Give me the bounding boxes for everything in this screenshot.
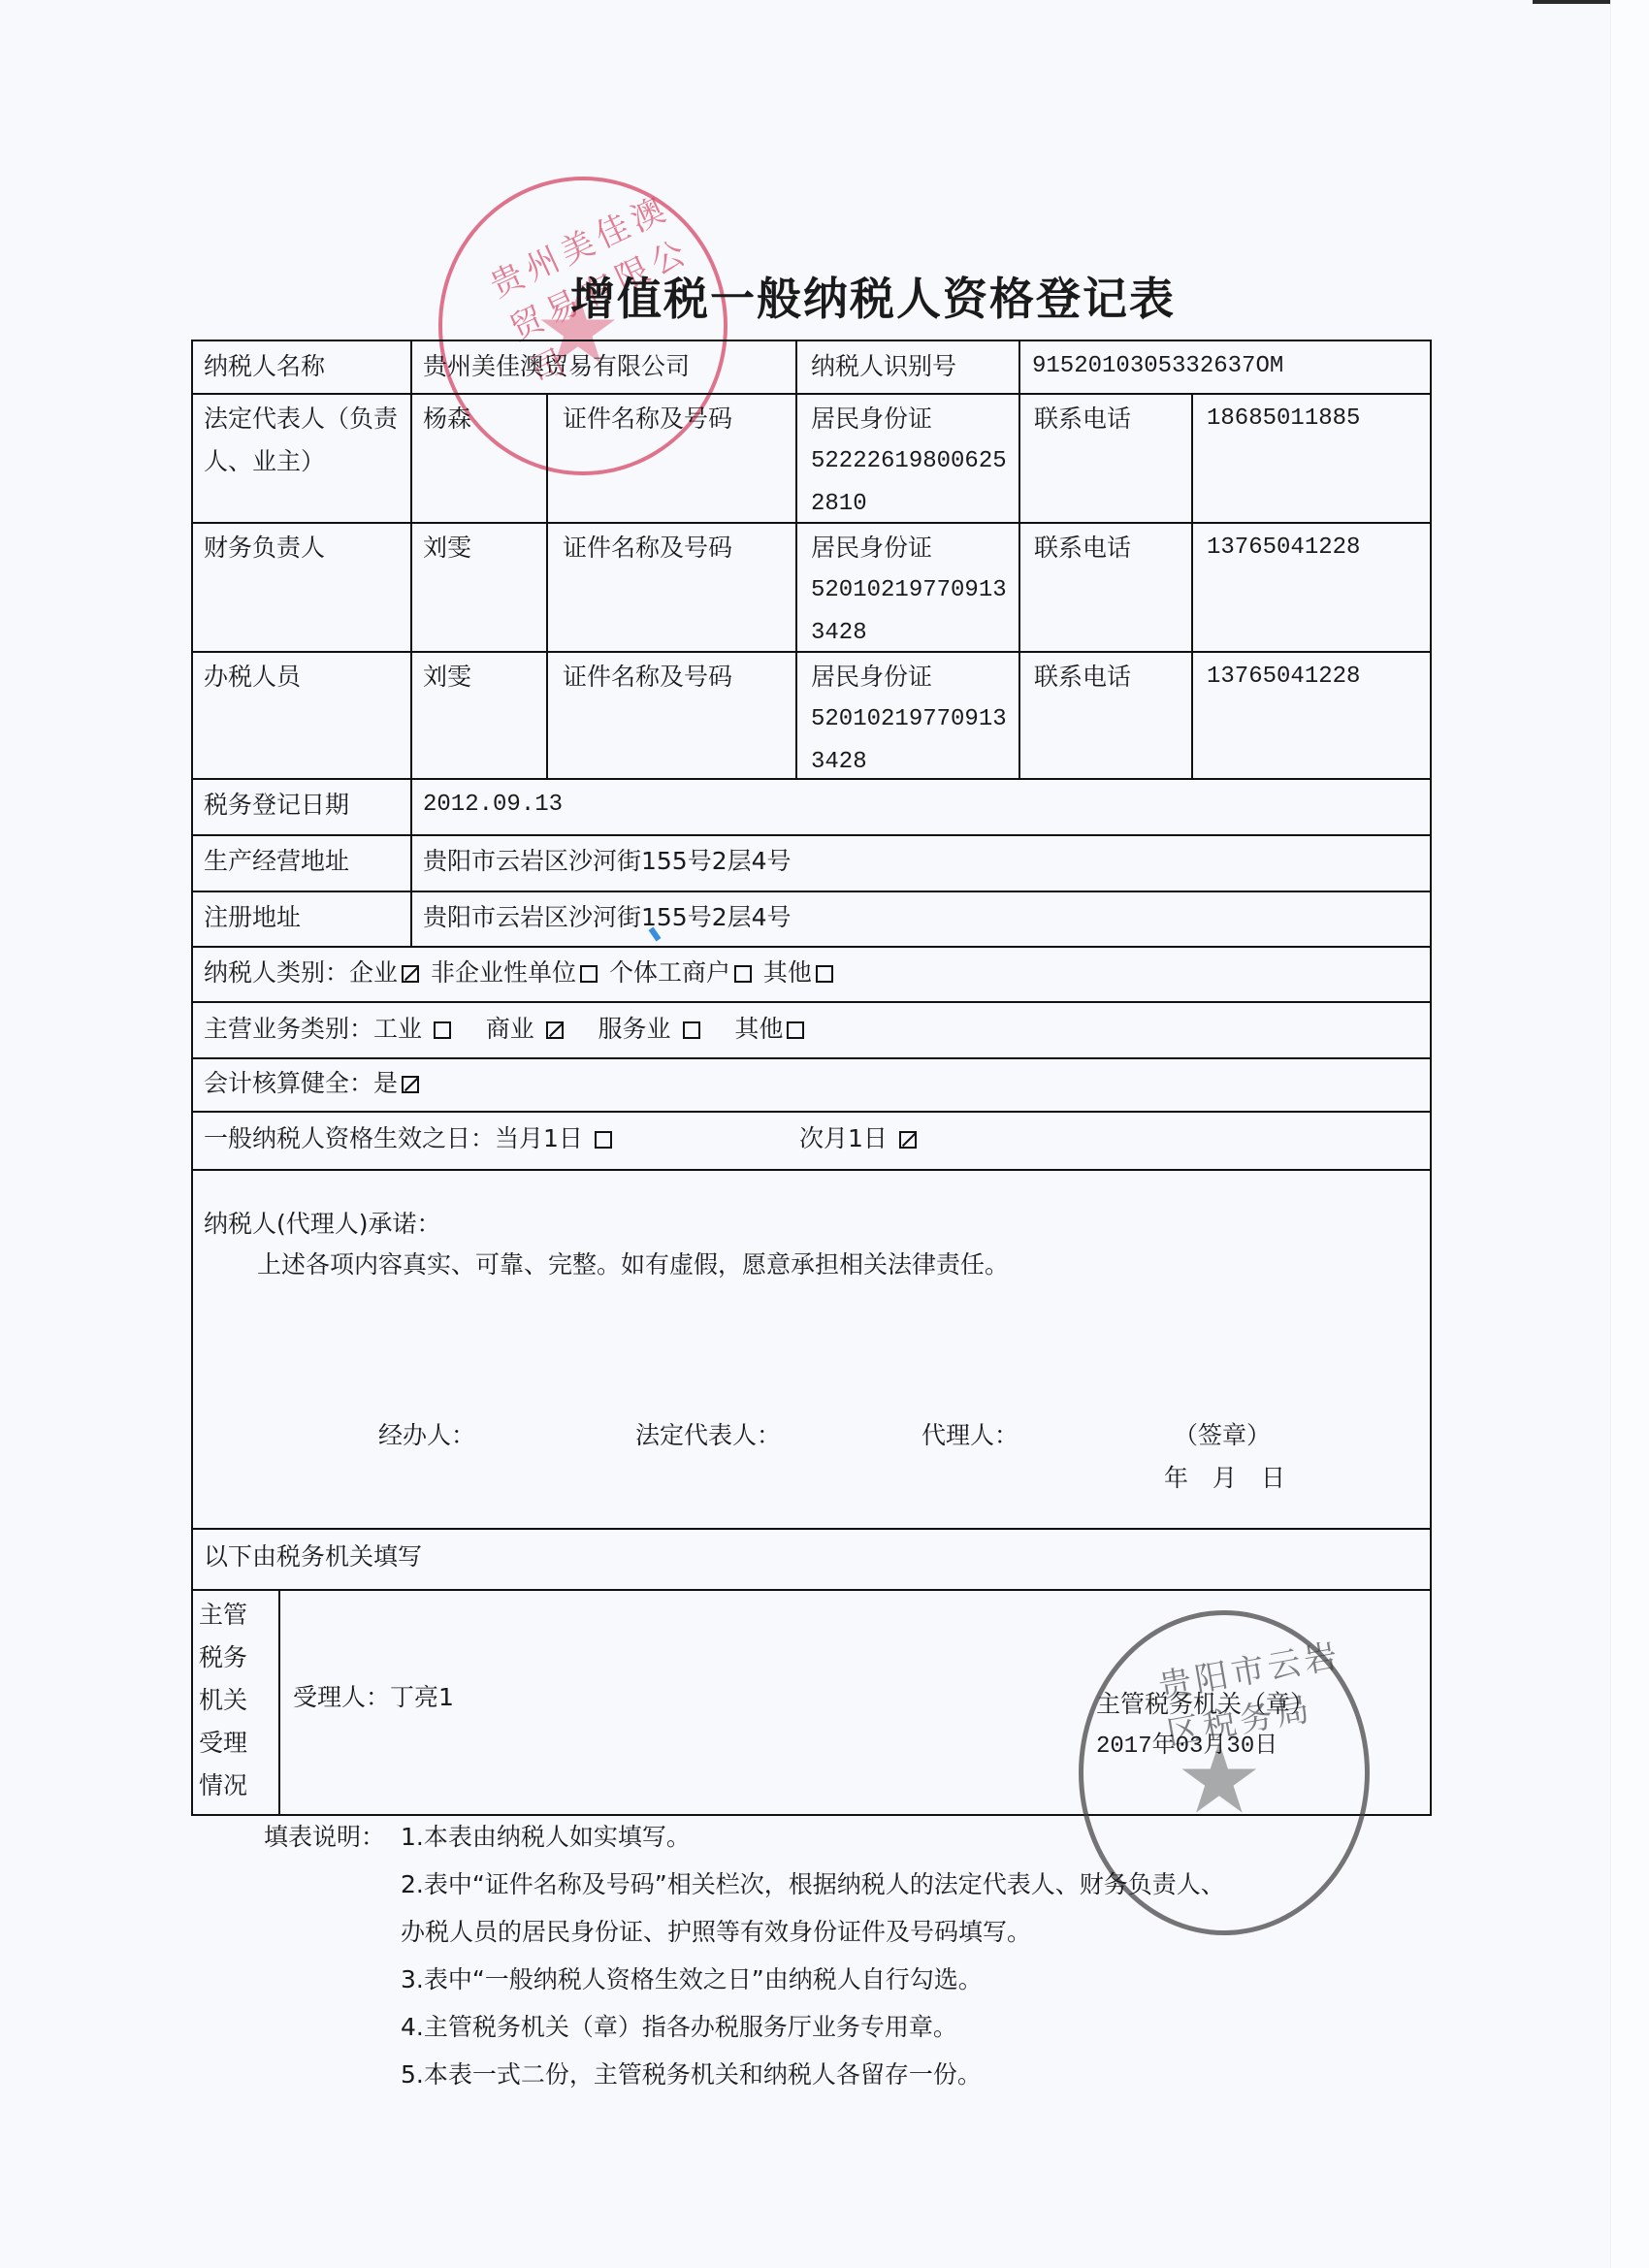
finance-head-phone: 13765041228 (1207, 527, 1360, 569)
col-divider (1018, 340, 1020, 778)
checkbox-checked-icon[interactable] (899, 1131, 917, 1149)
tax-officer-id-number-cont: 3428 (811, 741, 867, 784)
taxpayer-id-value: 9152010305332637OM (1032, 345, 1283, 388)
legal-rep-id-type: 居民身份证 (811, 398, 932, 440)
finance-head-phone-label: 联系电话 (1034, 527, 1131, 569)
checkbox-checked-icon[interactable] (402, 1076, 419, 1093)
effective-date-row: 一般纳税人资格生效之日：当月1日 (204, 1118, 616, 1160)
instruction-item: 4.主管税务机关（章）指各办税服务厅业务专用章。 (401, 2006, 957, 2049)
sign-date-placeholder: 年 月 日 (1164, 1457, 1285, 1500)
instruction-item: 2.表中“证件名称及号码”相关栏次，根据纳税人的法定代表人、财务负责人、 (401, 1863, 1225, 1906)
checkbox-icon[interactable] (683, 1021, 700, 1039)
row-divider (191, 1001, 1432, 1003)
tax-officer-name: 刘雯 (423, 656, 471, 698)
col-divider (795, 340, 797, 778)
row-divider (191, 1169, 1432, 1171)
option-current-month[interactable]: 当月1日 (495, 1124, 616, 1152)
taxpayer-category-label: 纳税人类别： (204, 958, 349, 987)
tax-officer-id-type: 居民身份证 (811, 656, 932, 698)
col-divider (1191, 393, 1193, 778)
form-title: 增值税一般纳税人资格登记表 (0, 264, 1649, 328)
reg-date-label: 税务登记日期 (204, 784, 349, 826)
legal-rep-phone-label: 联系电话 (1034, 398, 1131, 440)
taxpayer-category-row: 纳税人类别：企业 非企业性单位 个体工商户 其他 (204, 952, 837, 994)
row-divider (191, 1589, 1432, 1591)
handler-signature-label: 经办人： (378, 1414, 475, 1457)
pledge-heading: 纳税人(代理人)承诺： (204, 1203, 441, 1246)
option-commerce[interactable]: 商业 (486, 1015, 567, 1043)
row-divider (191, 1111, 1432, 1113)
instructions-label: 填表说明： (264, 1816, 385, 1859)
business-category-label: 主营业务类别： (204, 1015, 373, 1043)
business-address-label: 生产经营地址 (204, 840, 349, 883)
seal-label: （签章） (1174, 1414, 1271, 1457)
registered-address-value: 贵阳市云岩区沙河街155号2层4号 (423, 896, 792, 939)
option-non-enterprise[interactable]: 非企业性单位 (431, 958, 601, 987)
taxpayer-id-label: 纳税人识别号 (811, 345, 956, 388)
checkbox-icon[interactable] (434, 1021, 451, 1039)
checkbox-icon[interactable] (580, 965, 598, 983)
tax-officer-phone: 13765041228 (1207, 656, 1360, 698)
tax-authority-side-label: 主管 税务 机关 受理 情况 (199, 1594, 247, 1807)
tax-officer-phone-label: 联系电话 (1034, 656, 1131, 698)
col-divider (410, 340, 412, 946)
finance-head-label: 财务负责人 (204, 527, 325, 569)
option-yes[interactable]: 是 (373, 1069, 423, 1097)
instruction-item: 5.本表一式二份，主管税务机关和纳税人各留存一份。 (401, 2054, 982, 2096)
instruction-item: 3.表中“一般纳税人资格生效之日”由纳税人自行勾选。 (401, 1959, 983, 2001)
checkbox-icon[interactable] (816, 965, 833, 983)
tax-authority-seal-label: 主管税务机关（章） (1096, 1683, 1314, 1726)
checkbox-icon[interactable] (787, 1021, 804, 1039)
option-enterprise[interactable]: 企业 (349, 958, 423, 987)
option-industry[interactable]: 工业 (373, 1015, 455, 1043)
col-divider (278, 1589, 280, 1816)
agent-signature-label: 代理人： (921, 1414, 1018, 1457)
registered-address-label: 注册地址 (204, 896, 301, 939)
checkbox-icon[interactable] (734, 965, 752, 983)
receiver-label: 受理人：丁亮1 (293, 1676, 454, 1719)
finance-head-id-number: 52010219770913 (811, 569, 1007, 612)
legal-rep-id-number: 52222619800625 (811, 440, 1007, 483)
checkbox-checked-icon[interactable] (546, 1021, 564, 1039)
option-other[interactable]: 其他 (734, 1015, 808, 1043)
business-address-value: 贵阳市云岩区沙河街155号2层4号 (423, 840, 792, 883)
effective-date-label: 一般纳税人资格生效之日： (204, 1124, 495, 1152)
tax-officer-id-label: 证件名称及号码 (563, 656, 732, 698)
legal-rep-label: 法定代表人（负责人、业主） (204, 398, 403, 483)
legal-rep-id-label: 证件名称及号码 (563, 398, 732, 440)
accounting-label: 会计核算健全： (204, 1069, 373, 1097)
row-divider (191, 946, 1432, 948)
row-divider (191, 1057, 1432, 1059)
option-individual-business[interactable]: 个体工商户 (609, 958, 756, 987)
finance-head-id-label: 证件名称及号码 (563, 527, 732, 569)
checkbox-checked-icon[interactable] (402, 965, 419, 983)
row-divider (191, 891, 1432, 892)
checkbox-icon[interactable] (595, 1131, 612, 1149)
finance-head-name: 刘雯 (423, 527, 471, 569)
legal-rep-signature-label: 法定代表人： (635, 1414, 781, 1457)
tax-authority-section-label: 以下由税务机关填写 (204, 1536, 422, 1578)
taxpayer-name-label: 纳税人名称 (204, 345, 325, 388)
accounting-row: 会计核算健全：是 (204, 1062, 423, 1105)
acceptance-date: 2017年03月30日 (1096, 1726, 1277, 1768)
option-next-month[interactable]: 次月1日 (799, 1118, 921, 1160)
finance-head-id-type: 居民身份证 (811, 527, 932, 569)
pledge-text: 上述各项内容真实、可靠、完整。如有虚假，愿意承担相关法律责任。 (257, 1244, 1009, 1286)
tax-officer-id-number: 52010219770913 (811, 698, 1007, 741)
reg-date-value: 2012.09.13 (423, 784, 563, 826)
legal-rep-id-number-cont: 2810 (811, 483, 867, 526)
row-divider (191, 393, 1432, 395)
taxpayer-name-value: 贵州美佳澳贸易有限公司 (423, 345, 690, 388)
option-other[interactable]: 其他 (763, 958, 837, 987)
legal-rep-name: 杨森 (423, 398, 471, 440)
row-divider (191, 834, 1432, 836)
finance-head-id-number-cont: 3428 (811, 612, 867, 655)
business-category-row: 主营业务类别：工业 商业 服务业 其他 (204, 1008, 808, 1051)
tax-officer-label: 办税人员 (204, 656, 301, 698)
option-services[interactable]: 服务业 (598, 1015, 704, 1043)
col-divider (546, 393, 548, 778)
row-divider (191, 1528, 1432, 1530)
scan-margin (1610, 0, 1649, 2268)
instruction-item: 办税人员的居民身份证、护照等有效身份证件及号码填写。 (401, 1911, 1031, 1954)
legal-rep-phone: 18685011885 (1207, 398, 1360, 440)
instruction-item: 1.本表由纳税人如实填写。 (401, 1816, 691, 1859)
